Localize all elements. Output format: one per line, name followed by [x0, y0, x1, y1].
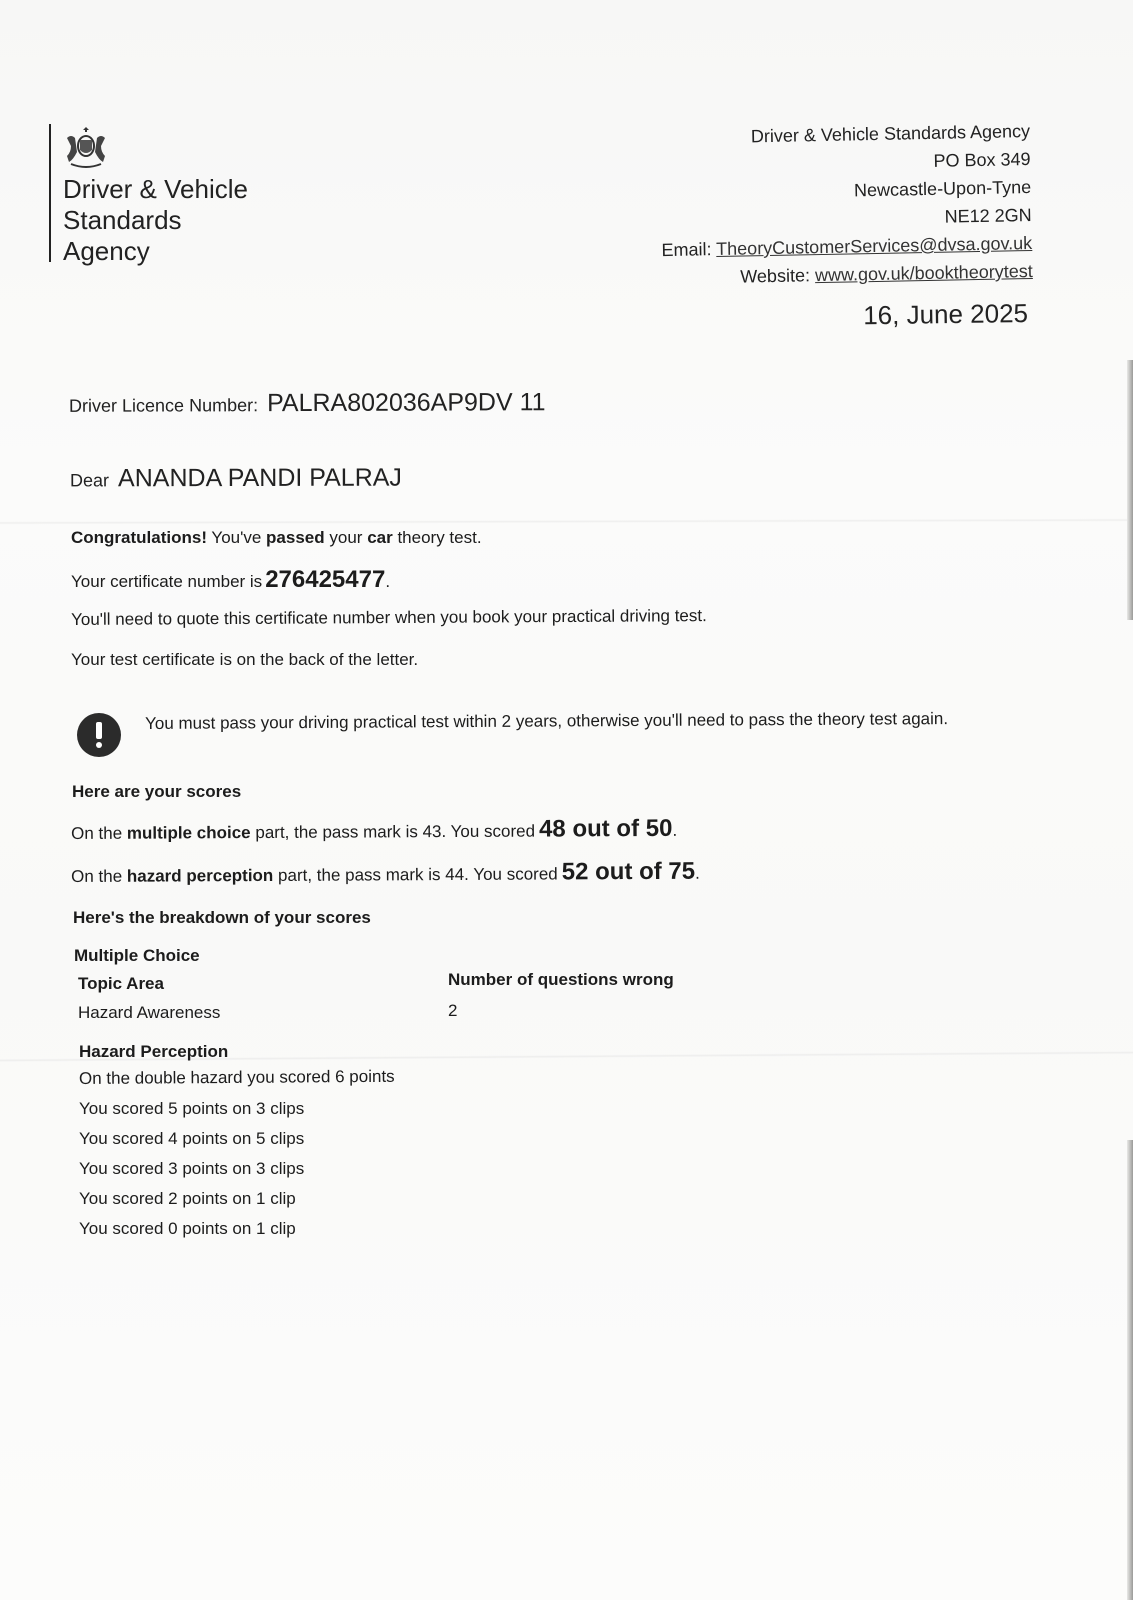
- logo-line: Agency: [63, 236, 248, 267]
- column-questions-wrong: Number of questions wrong: [448, 970, 674, 990]
- passed-word: passed: [266, 528, 325, 547]
- score-text: On the: [71, 824, 122, 843]
- hp-breakdown-item: You scored 3 points on 3 clips: [79, 1156, 395, 1186]
- certificate-number: 276425477: [265, 566, 385, 593]
- licence-label: Driver Licence Number:: [69, 395, 258, 416]
- topic-cell: Hazard Awareness: [78, 1003, 220, 1023]
- certificate-line: Your certificate number is276425477.: [71, 566, 390, 594]
- quote-certificate-line: You'll need to quote this certificate nu…: [71, 606, 707, 630]
- letter-date: 16, June 2025: [863, 298, 1028, 331]
- agency-name: Driver & Vehicle Standards Agency: [63, 174, 248, 267]
- email-link[interactable]: TheoryCustomerServices@dvsa.gov.uk: [716, 233, 1032, 259]
- hp-breakdown-item: On the double hazard you scored 6 points: [79, 1064, 395, 1096]
- logo-line: Driver & Vehicle: [63, 174, 248, 205]
- sender-address: Driver & Vehicle Standards Agency PO Box…: [659, 117, 1033, 292]
- score-text: On the: [71, 867, 122, 886]
- column-topic-area: Topic Area: [78, 974, 164, 994]
- email-label: Email:: [662, 239, 712, 260]
- score-text: part, the pass mark is 43. You scored: [255, 822, 535, 842]
- certificate-label: Your certificate number is: [71, 572, 262, 591]
- pass-text: You've: [211, 528, 261, 547]
- recipient-name: ANANDA PANDI PALRAJ: [118, 464, 402, 493]
- part-name: multiple choice: [127, 823, 251, 843]
- website-label: Website:: [740, 265, 810, 286]
- pass-statement: Congratulations! You've passed your car …: [71, 528, 482, 548]
- congrats-text: Congratulations!: [71, 528, 207, 547]
- logo-rule: [49, 124, 51, 262]
- mc-score-value: 48 out of 50: [539, 815, 672, 843]
- royal-coat-of-arms-icon: [63, 126, 109, 170]
- hp-score-value: 52 out of 75: [562, 858, 695, 886]
- exclamation-icon: [77, 713, 121, 757]
- certificate-back-line: Your test certificate is on the back of …: [71, 650, 418, 670]
- period: .: [695, 864, 700, 883]
- logo-line: Standards: [63, 205, 248, 236]
- part-name: hazard perception: [127, 866, 274, 886]
- driver-licence: Driver Licence Number: PALRA802036AP9DV …: [69, 388, 546, 419]
- multiple-choice-heading: Multiple Choice: [74, 946, 200, 966]
- hp-breakdown-item: You scored 4 points on 5 clips: [79, 1126, 395, 1156]
- hazard-perception-breakdown: On the double hazard you scored 6 points…: [79, 1066, 395, 1246]
- salutation: Dear ANANDA PANDI PALRAJ: [70, 464, 402, 494]
- pass-text: your: [329, 528, 362, 547]
- multiple-choice-score: On the multiple choice part, the pass ma…: [71, 815, 677, 846]
- validity-warning: You must pass your driving practical tes…: [145, 706, 985, 736]
- hp-breakdown-item: You scored 2 points on 1 clip: [79, 1186, 395, 1216]
- hazard-perception-score: On the hazard perception part, the pass …: [71, 858, 700, 889]
- hp-breakdown-item: You scored 0 points on 1 clip: [79, 1216, 395, 1246]
- salutation-dear: Dear: [70, 470, 109, 490]
- page-edge-shadow: [1127, 360, 1133, 620]
- breakdown-heading: Here's the breakdown of your scores: [73, 908, 371, 928]
- page-edge-shadow: [1127, 1140, 1133, 1600]
- website-link[interactable]: www.gov.uk/booktheorytest: [815, 261, 1033, 285]
- hp-breakdown-item: You scored 5 points on 3 clips: [79, 1096, 395, 1126]
- scores-heading: Here are your scores: [72, 782, 241, 802]
- show-through-text: [408, 1347, 412, 1369]
- period: .: [385, 572, 390, 591]
- pass-text: theory test.: [397, 528, 481, 547]
- licence-number: PALRA802036AP9DV 11: [267, 388, 546, 417]
- period: .: [672, 821, 677, 840]
- test-type: car: [367, 528, 393, 547]
- wrong-count-cell: 2: [448, 1001, 457, 1021]
- hazard-perception-heading: Hazard Perception: [79, 1042, 228, 1062]
- score-text: part, the pass mark is 44. You scored: [278, 864, 558, 884]
